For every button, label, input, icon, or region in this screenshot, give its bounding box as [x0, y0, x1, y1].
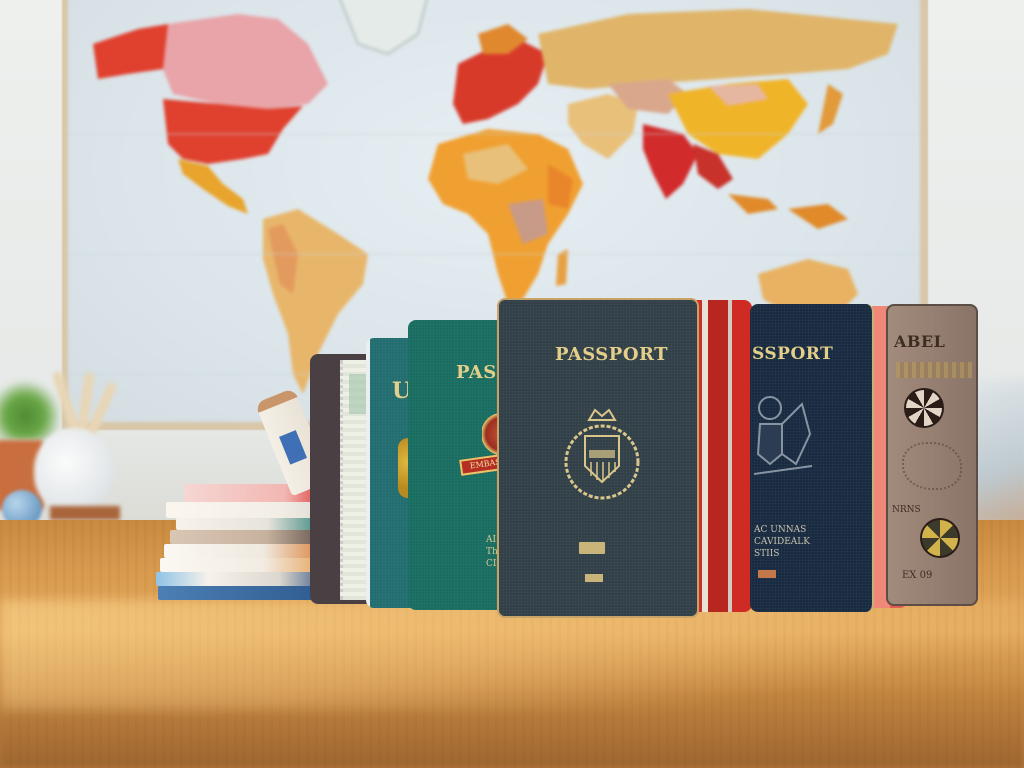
eagle-emblem-icon	[752, 394, 816, 490]
book-stack	[156, 484, 336, 604]
book	[164, 544, 330, 558]
swirl-pattern-icon	[902, 442, 962, 490]
passport-text: NRNS	[892, 504, 921, 516]
passport-title: PASSPORT	[555, 344, 668, 365]
biometric-chip-icon	[758, 570, 776, 578]
book	[176, 518, 328, 530]
decorative-band	[896, 362, 972, 378]
vase-stand	[50, 506, 120, 520]
passport-title: SSPORT	[752, 344, 833, 364]
sun-medallion-icon	[920, 518, 960, 558]
book	[156, 572, 332, 586]
white-vase	[34, 428, 114, 512]
passport-chip-label	[579, 542, 605, 554]
table-shadow	[0, 690, 1024, 768]
book	[158, 586, 332, 600]
passport-navy: SSPORT AC UNNAS CAVIDEALK STIIS	[750, 304, 874, 612]
book	[160, 558, 332, 572]
flower-medallion-icon	[904, 388, 944, 428]
biometric-chip-icon	[585, 574, 603, 582]
coat-of-arms-icon	[561, 406, 643, 502]
passport-footer-text: EX 09	[902, 570, 932, 582]
book	[170, 530, 330, 544]
passport-tan: ABEL NRNS EX 09	[886, 304, 978, 606]
potted-plant	[0, 380, 60, 440]
passport-scene: U PASSS EMBASS AI Th CIS PASSPORT SSPORT	[0, 0, 1024, 768]
passport-title: ABEL	[894, 332, 945, 351]
passport-grey-main: PASSPORT	[497, 298, 699, 618]
passport-text: AC UNNAS CAVIDEALK STIIS	[754, 524, 810, 560]
book	[166, 502, 328, 518]
